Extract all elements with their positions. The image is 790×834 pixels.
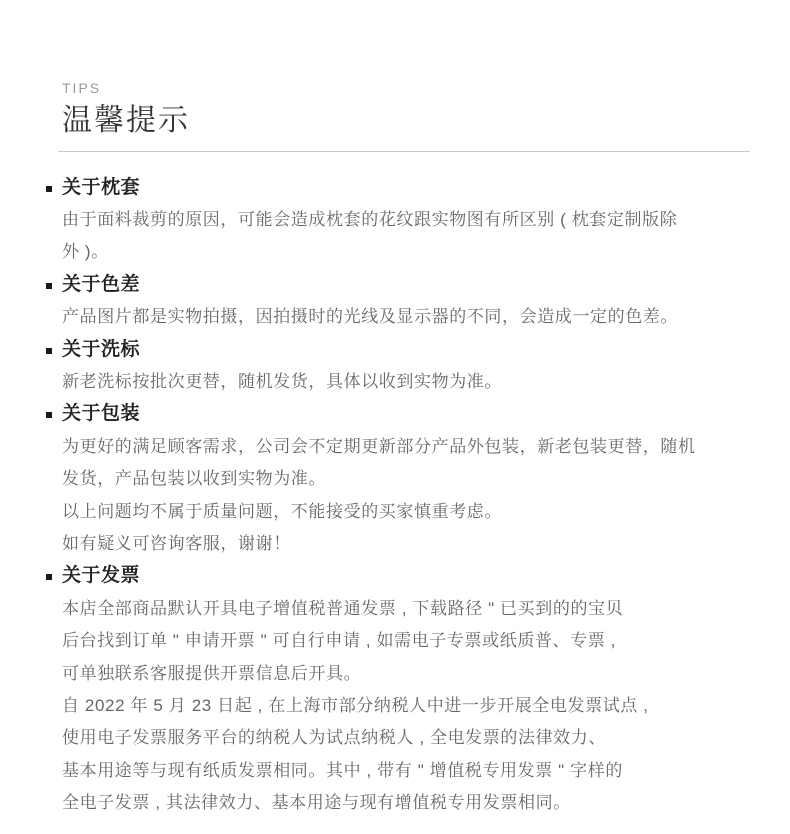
body-line: 后台找到订单 " 申请开票 " 可自行申请 , 如需电子专票或纸质普、专票 , (62, 625, 760, 657)
body-line: 使用电子发票服务平台的纳税人为试点纳税人 , 全电发票的法律效力、 (62, 722, 760, 754)
square-bullet-icon (46, 283, 52, 289)
section-heading: 关于洗标 (62, 334, 760, 366)
section-color-difference: 关于色差 产品图片都是实物拍摄，因拍摄时的光线及显示器的不同，会造成一定的色差。 (62, 269, 760, 334)
section-heading: 关于色差 (62, 269, 760, 301)
section-heading-label: 关于洗标 (62, 339, 140, 360)
body-line: 外 )。 (62, 236, 760, 268)
body-line: 自 2022 年 5 月 23 日起 , 在上海市部分纳税人中进一步开展全电发票… (62, 690, 760, 722)
body-line: 发货，产品包装以收到实物为准。 (62, 463, 760, 495)
square-bullet-icon (46, 186, 52, 192)
divider (58, 151, 750, 152)
body-line: 如有疑义可咨询客服，谢谢！ (62, 528, 760, 560)
body-line: 可单独联系客服提供开票信息后开具。 (62, 658, 760, 690)
body-line: 由于面料裁剪的原因，可能会造成枕套的花纹跟实物图有所区别 ( 枕套定制版除 (62, 204, 760, 236)
square-bullet-icon (46, 412, 52, 418)
section-packaging: 关于包装 为更好的满足顾客需求，公司会不定期更新部分产品外包装，新老包装更替，随… (62, 398, 760, 560)
section-heading: 关于包装 (62, 398, 760, 430)
section-pillowcase: 关于枕套 由于面料裁剪的原因，可能会造成枕套的花纹跟实物图有所区别 ( 枕套定制… (62, 172, 760, 269)
section-heading: 关于发票 (62, 560, 760, 592)
page-title: 温馨提示 (62, 105, 760, 137)
tips-page: TIPS 温馨提示 关于枕套 由于面料裁剪的原因，可能会造成枕套的花纹跟实物图有… (0, 0, 790, 834)
section-heading-label: 关于包装 (62, 403, 140, 424)
eyebrow-label: TIPS (62, 81, 760, 95)
body-line: 产品图片都是实物拍摄，因拍摄时的光线及显示器的不同，会造成一定的色差。 (62, 301, 760, 333)
body-line: 新老洗标按批次更替，随机发货，具体以收到实物为准。 (62, 366, 760, 398)
section-heading-label: 关于发票 (62, 565, 140, 586)
body-line: 本店全部商品默认开具电子增值税普通发票 , 下载路径 " 已买到的的宝贝 (62, 593, 760, 625)
tips-content: TIPS 温馨提示 关于枕套 由于面料裁剪的原因，可能会造成枕套的花纹跟实物图有… (0, 0, 790, 820)
body-line: 为更好的满足顾客需求，公司会不定期更新部分产品外包装，新老包装更替，随机 (62, 431, 760, 463)
body-line: 基本用途等与现有纸质发票相同。其中 , 带有 " 增值税专用发票 " 字样的 (62, 755, 760, 787)
body-line: 全电子发票 , 其法律效力、基本用途与现有增值税专用发票相同。 (62, 787, 760, 819)
square-bullet-icon (46, 574, 52, 580)
page-header: TIPS 温馨提示 (62, 81, 760, 152)
section-heading-label: 关于色差 (62, 274, 140, 295)
section-heading: 关于枕套 (62, 172, 760, 204)
tips-sections: 关于枕套 由于面料裁剪的原因，可能会造成枕套的花纹跟实物图有所区别 ( 枕套定制… (62, 172, 760, 820)
section-invoice: 关于发票 本店全部商品默认开具电子增值税普通发票 , 下载路径 " 已买到的的宝… (62, 560, 760, 819)
section-heading-label: 关于枕套 (62, 177, 140, 198)
square-bullet-icon (46, 348, 52, 354)
body-line: 以上问题均不属于质量问题，不能接受的买家慎重考虑。 (62, 496, 760, 528)
section-wash-label: 关于洗标 新老洗标按批次更替，随机发货，具体以收到实物为准。 (62, 334, 760, 399)
